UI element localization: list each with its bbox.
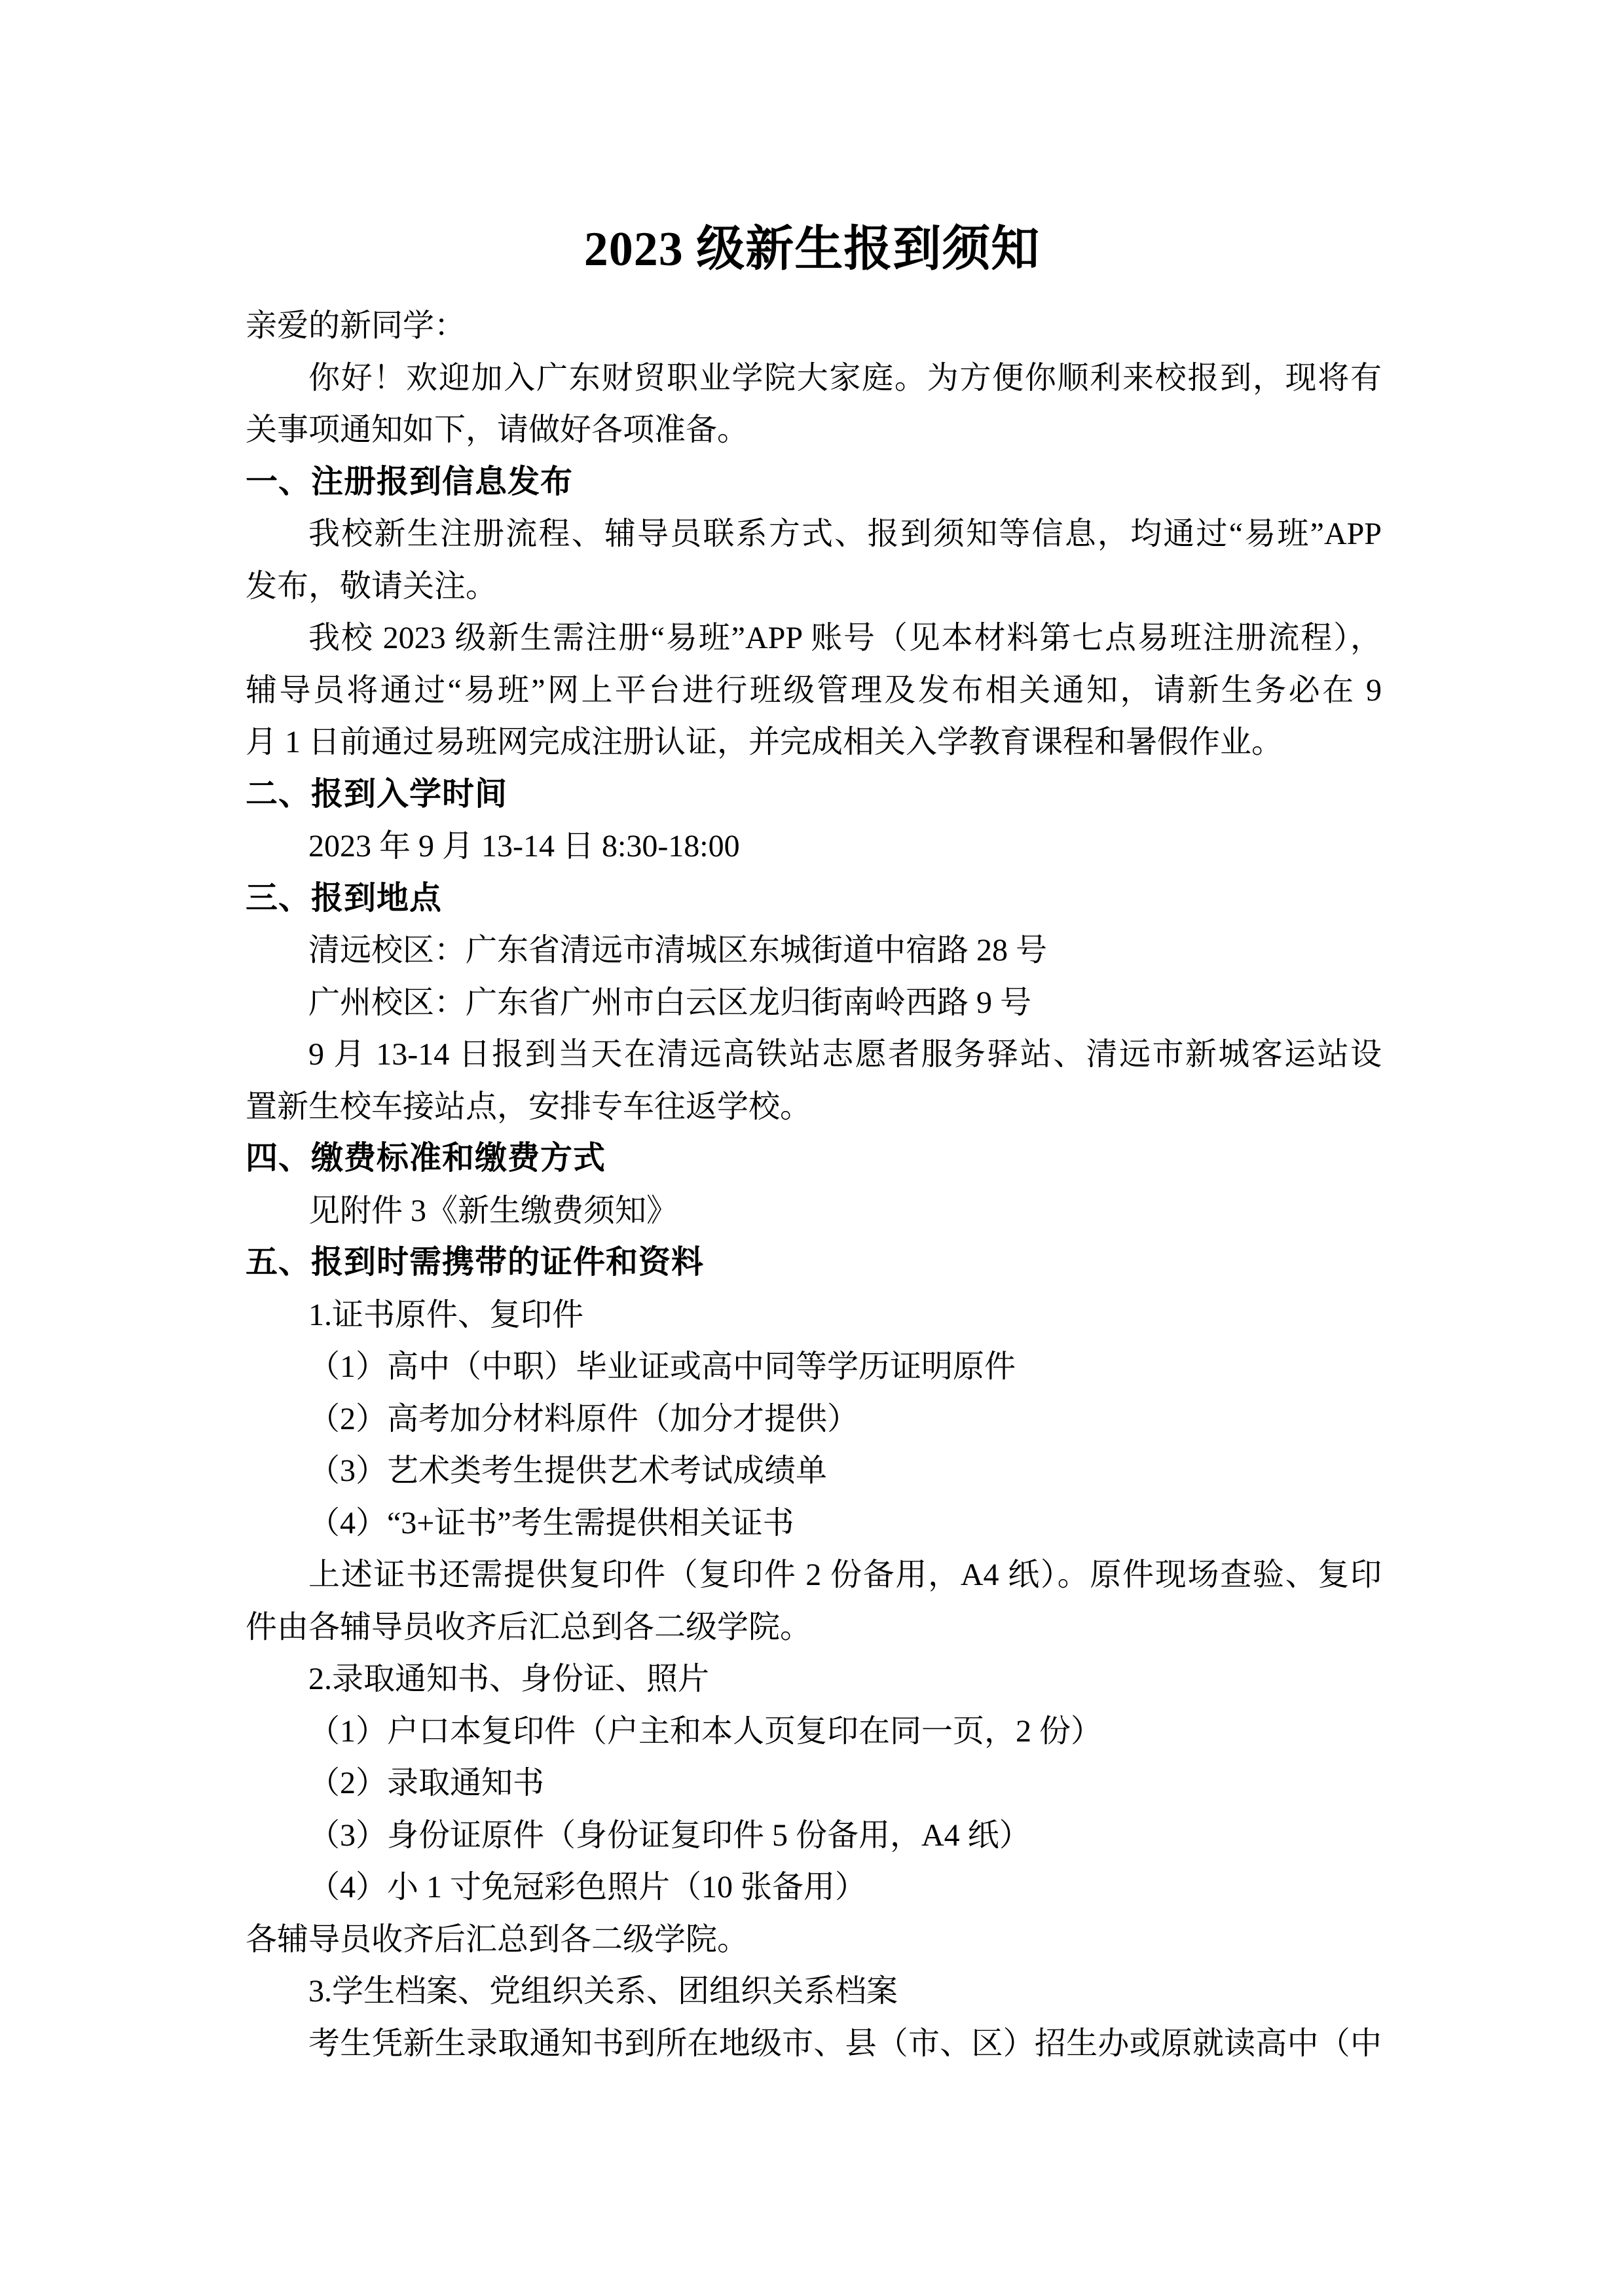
text-line: 2023 年 9 月 13-14 日 8:30-18:00 [246,820,1382,873]
text-line: 辅导员将通过“易班”网上平台进行班级管理及发布相关通知，请新生务必在 9 [246,665,1382,717]
page-title: 2023 级新生报到须知 [0,217,1624,282]
text-line: （3）艺术类考生提供艺术考试成绩单 [246,1445,1382,1497]
text-line: （1）高中（中职）毕业证或高中同等学历证明原件 [246,1341,1382,1393]
document-body: 亲爱的新同学：你好！欢迎加入广东财贸职业学院大家庭。为方便你顺利来校报到，现将有… [246,300,1382,2069]
text-line: 上述证书还需提供复印件（复印件 2 份备用，A4 纸）。原件现场查验、复印 [246,1549,1382,1601]
text-line: 我校新生注册流程、辅导员联系方式、报到须知等信息，均通过“易班”APP [246,508,1382,560]
text-line: 件由各辅导员收齐后汇总到各二级学院。 [246,1601,1382,1654]
text-line: （2）高考加分材料原件（加分才提供） [246,1393,1382,1446]
text-line: 各辅导员收齐后汇总到各二级学院。 [246,1914,1382,1966]
text-line: 你好！欢迎加入广东财贸职业学院大家庭。为方便你顺利来校报到，现将有 [246,352,1382,405]
text-line: 见附件 3《新生缴费须知》 [246,1185,1382,1237]
text-line: （1）户口本复印件（户主和本人页复印在同一页，2 份） [246,1705,1382,1758]
text-line: （4）“3+证书”考生需提供相关证书 [246,1497,1382,1550]
text-line: 清远校区：广东省清远市清城区东城街道中宿路 28 号 [246,924,1382,977]
text-line: 我校 2023 级新生需注册“易班”APP 账号（见本材料第七点易班注册流程）， [246,612,1382,665]
document-page: 2023 级新生报到须知 亲爱的新同学：你好！欢迎加入广东财贸职业学院大家庭。为… [0,0,1624,2296]
text-line: 亲爱的新同学： [246,300,1382,352]
section-heading-5: 五、报到时需携带的证件和资料 [246,1237,1382,1289]
section-heading-3: 三、报到地点 [246,873,1382,925]
text-line: 置新生校车接站点，安排专车往返学校。 [246,1081,1382,1133]
text-line: 发布，敬请关注。 [246,560,1382,613]
text-line: 3.学生档案、党组织关系、团组织关系档案 [246,1965,1382,2018]
text-line: 广州校区：广东省广州市白云区龙归街南岭西路 9 号 [246,977,1382,1029]
text-line: 9 月 13-14 日报到当天在清远高铁站志愿者服务驿站、清远市新城客运站设 [246,1029,1382,1081]
text-line: （4）小 1 寸免冠彩色照片（10 张备用） [246,1861,1382,1914]
text-line: 1.证书原件、复印件 [246,1289,1382,1341]
section-heading-2: 二、报到入学时间 [246,769,1382,821]
section-heading-4: 四、缴费标准和缴费方式 [246,1133,1382,1185]
text-line: 2.录取通知书、身份证、照片 [246,1653,1382,1705]
text-line: （2）录取通知书 [246,1757,1382,1810]
section-heading-1: 一、注册报到信息发布 [246,456,1382,509]
text-line: 考生凭新生录取通知书到所在地级市、县（市、区）招生办或原就读高中（中 [246,2018,1382,2070]
text-line: （3）身份证原件（身份证复印件 5 份备用，A4 纸） [246,1810,1382,1862]
text-line: 月 1 日前通过易班网完成注册认证，并完成相关入学教育课程和暑假作业。 [246,716,1382,769]
text-line: 关事项通知如下，请做好各项准备。 [246,404,1382,456]
